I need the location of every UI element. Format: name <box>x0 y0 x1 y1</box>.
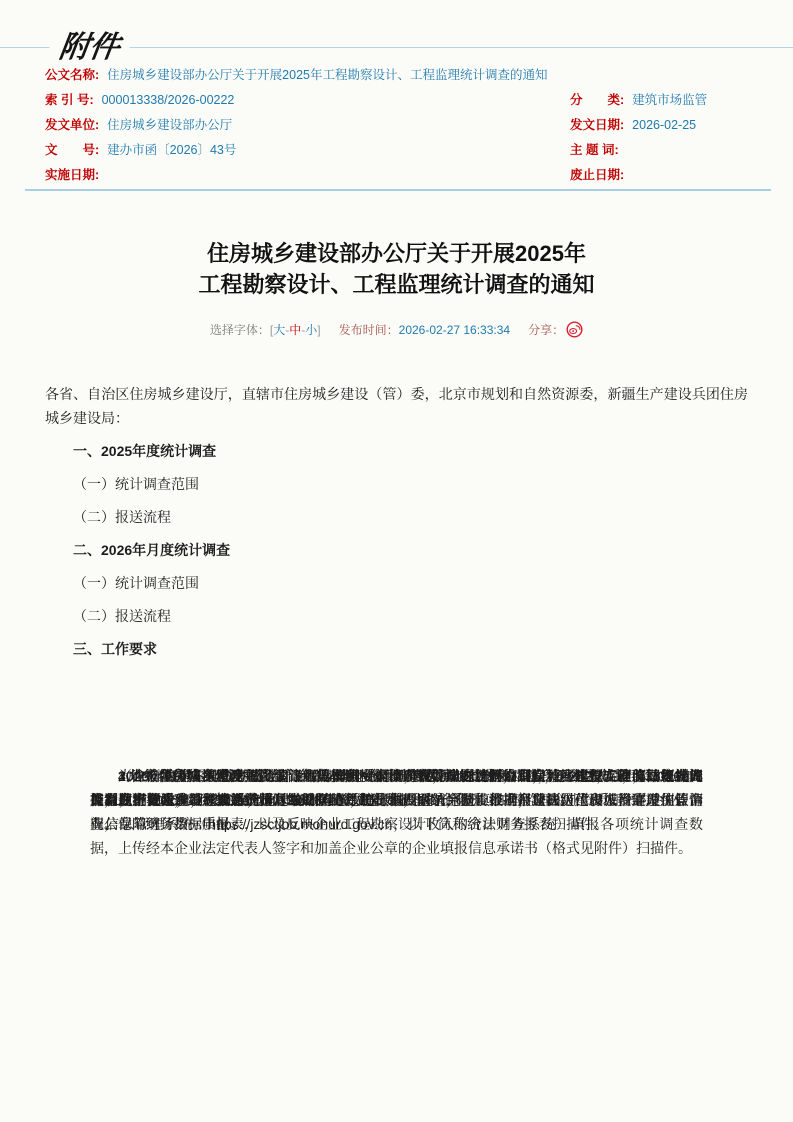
paragraph: （一）统计调查范围 <box>45 472 748 496</box>
section-heading: 一、2025年度统计调查 <box>45 439 748 463</box>
doc-number-value: 建办市函〔2026〕43号 <box>107 143 236 157</box>
category-value: 建筑市场监管 <box>632 93 707 107</box>
paragraph: （二）报送流程 <box>45 505 748 529</box>
publish-time-value: 2026-02-27 16:33:34 <box>399 323 510 337</box>
meta-row-expire-date: 废止日期: <box>570 163 768 188</box>
issuer-label: 发文单位: <box>45 118 99 132</box>
meta-row-subject: 主 题 词: <box>570 138 768 163</box>
index-no-value: 000013338/2026-00222 <box>102 93 235 107</box>
meta-row-doc-name: 公文名称:住房城乡建设部办公厅关于开展2025年工程勘察设计、工程监理统计调查的… <box>45 63 768 88</box>
paragraph: （二）报送流程 <box>45 604 748 628</box>
paragraph: （一）地方各级住房城乡建设主管部门要高度重视，加强统筹协调，精心组织实施，做好统… <box>90 764 703 836</box>
paragraph: （一）统计调查范围 <box>45 571 748 595</box>
document-metadata: 公文名称:住房城乡建设部办公厅关于开展2025年工程勘察设计、工程监理统计调查的… <box>45 63 768 188</box>
weibo-share-icon[interactable] <box>566 321 583 344</box>
meta-row-category: 分 类:建筑市场监管 <box>570 88 768 113</box>
article-body: 各省、自治区住房城乡建设厅，直辖市住房城乡建设（管）委，北京市规划和自然资源委，… <box>45 382 748 670</box>
title-line-2: 工程勘察设计、工程监理统计调查的通知 <box>0 269 793 300</box>
share-label: 分享： <box>528 323 564 337</box>
doc-name-label: 公文名称: <box>45 68 99 82</box>
font-size-selector-label: 选择字体： <box>210 323 270 337</box>
subject-label: 主 题 词: <box>570 143 619 157</box>
issue-date-value: 2026-02-25 <box>632 118 696 132</box>
issue-date-label: 发文日期: <box>570 118 624 132</box>
scanned-notice-page: 附件 公文名称:住房城乡建设部办公厅关于开展2025年工程勘察设计、工程监理统计… <box>0 0 793 1122</box>
issuer-value: 住房城乡建设部办公厅 <box>107 118 232 132</box>
attachment-label: 附件 <box>47 22 133 66</box>
section-heading: 二、2026年月度统计调查 <box>45 538 748 562</box>
doc-name-value: 住房城乡建设部办公厅关于开展2025年工程勘察设计、工程监理统计调查的通知 <box>107 68 547 82</box>
font-size-medium-link[interactable]: 中 <box>289 323 301 337</box>
article-toolbar: 选择字体：[大-中-小]发布时间：2026-02-27 16:33:34分享： <box>0 320 793 344</box>
meta-row-issue-date: 发文日期:2026-02-25 <box>570 113 768 138</box>
index-no-label: 索 引 号: <box>45 93 94 107</box>
doc-number-label: 文 号: <box>45 143 99 157</box>
publish-time-label: 发布时间： <box>339 323 399 337</box>
bracket-close: ] <box>317 323 320 337</box>
font-size-small-link[interactable]: 小 <box>305 323 317 337</box>
meta-row-index-no: 索 引 号:000013338/2026-00222 <box>45 88 570 113</box>
section-heading: 三、工作要求 <box>45 637 748 661</box>
metadata-separator-line <box>25 189 771 191</box>
meta-row-doc-number: 文 号:建办市函〔2026〕43号 <box>45 138 570 163</box>
expire-date-label: 废止日期: <box>570 168 624 182</box>
paragraph: 各省、自治区住房城乡建设厅，直辖市住房城乡建设（管）委，北京市规划和自然资源委，… <box>45 382 748 430</box>
page-title: 住房城乡建设部办公厅关于开展2025年 工程勘察设计、工程监理统计调查的通知 <box>0 238 793 300</box>
meta-row-impl-date: 实施日期: <box>45 163 570 188</box>
impl-date-label: 实施日期: <box>45 168 99 182</box>
category-label: 分 类: <box>570 93 624 107</box>
font-size-large-link[interactable]: 大 <box>273 323 285 337</box>
title-line-1: 住房城乡建设部办公厅关于开展2025年 <box>0 238 793 269</box>
meta-row-issuer: 发文单位:住房城乡建设部办公厅 <box>45 113 570 138</box>
